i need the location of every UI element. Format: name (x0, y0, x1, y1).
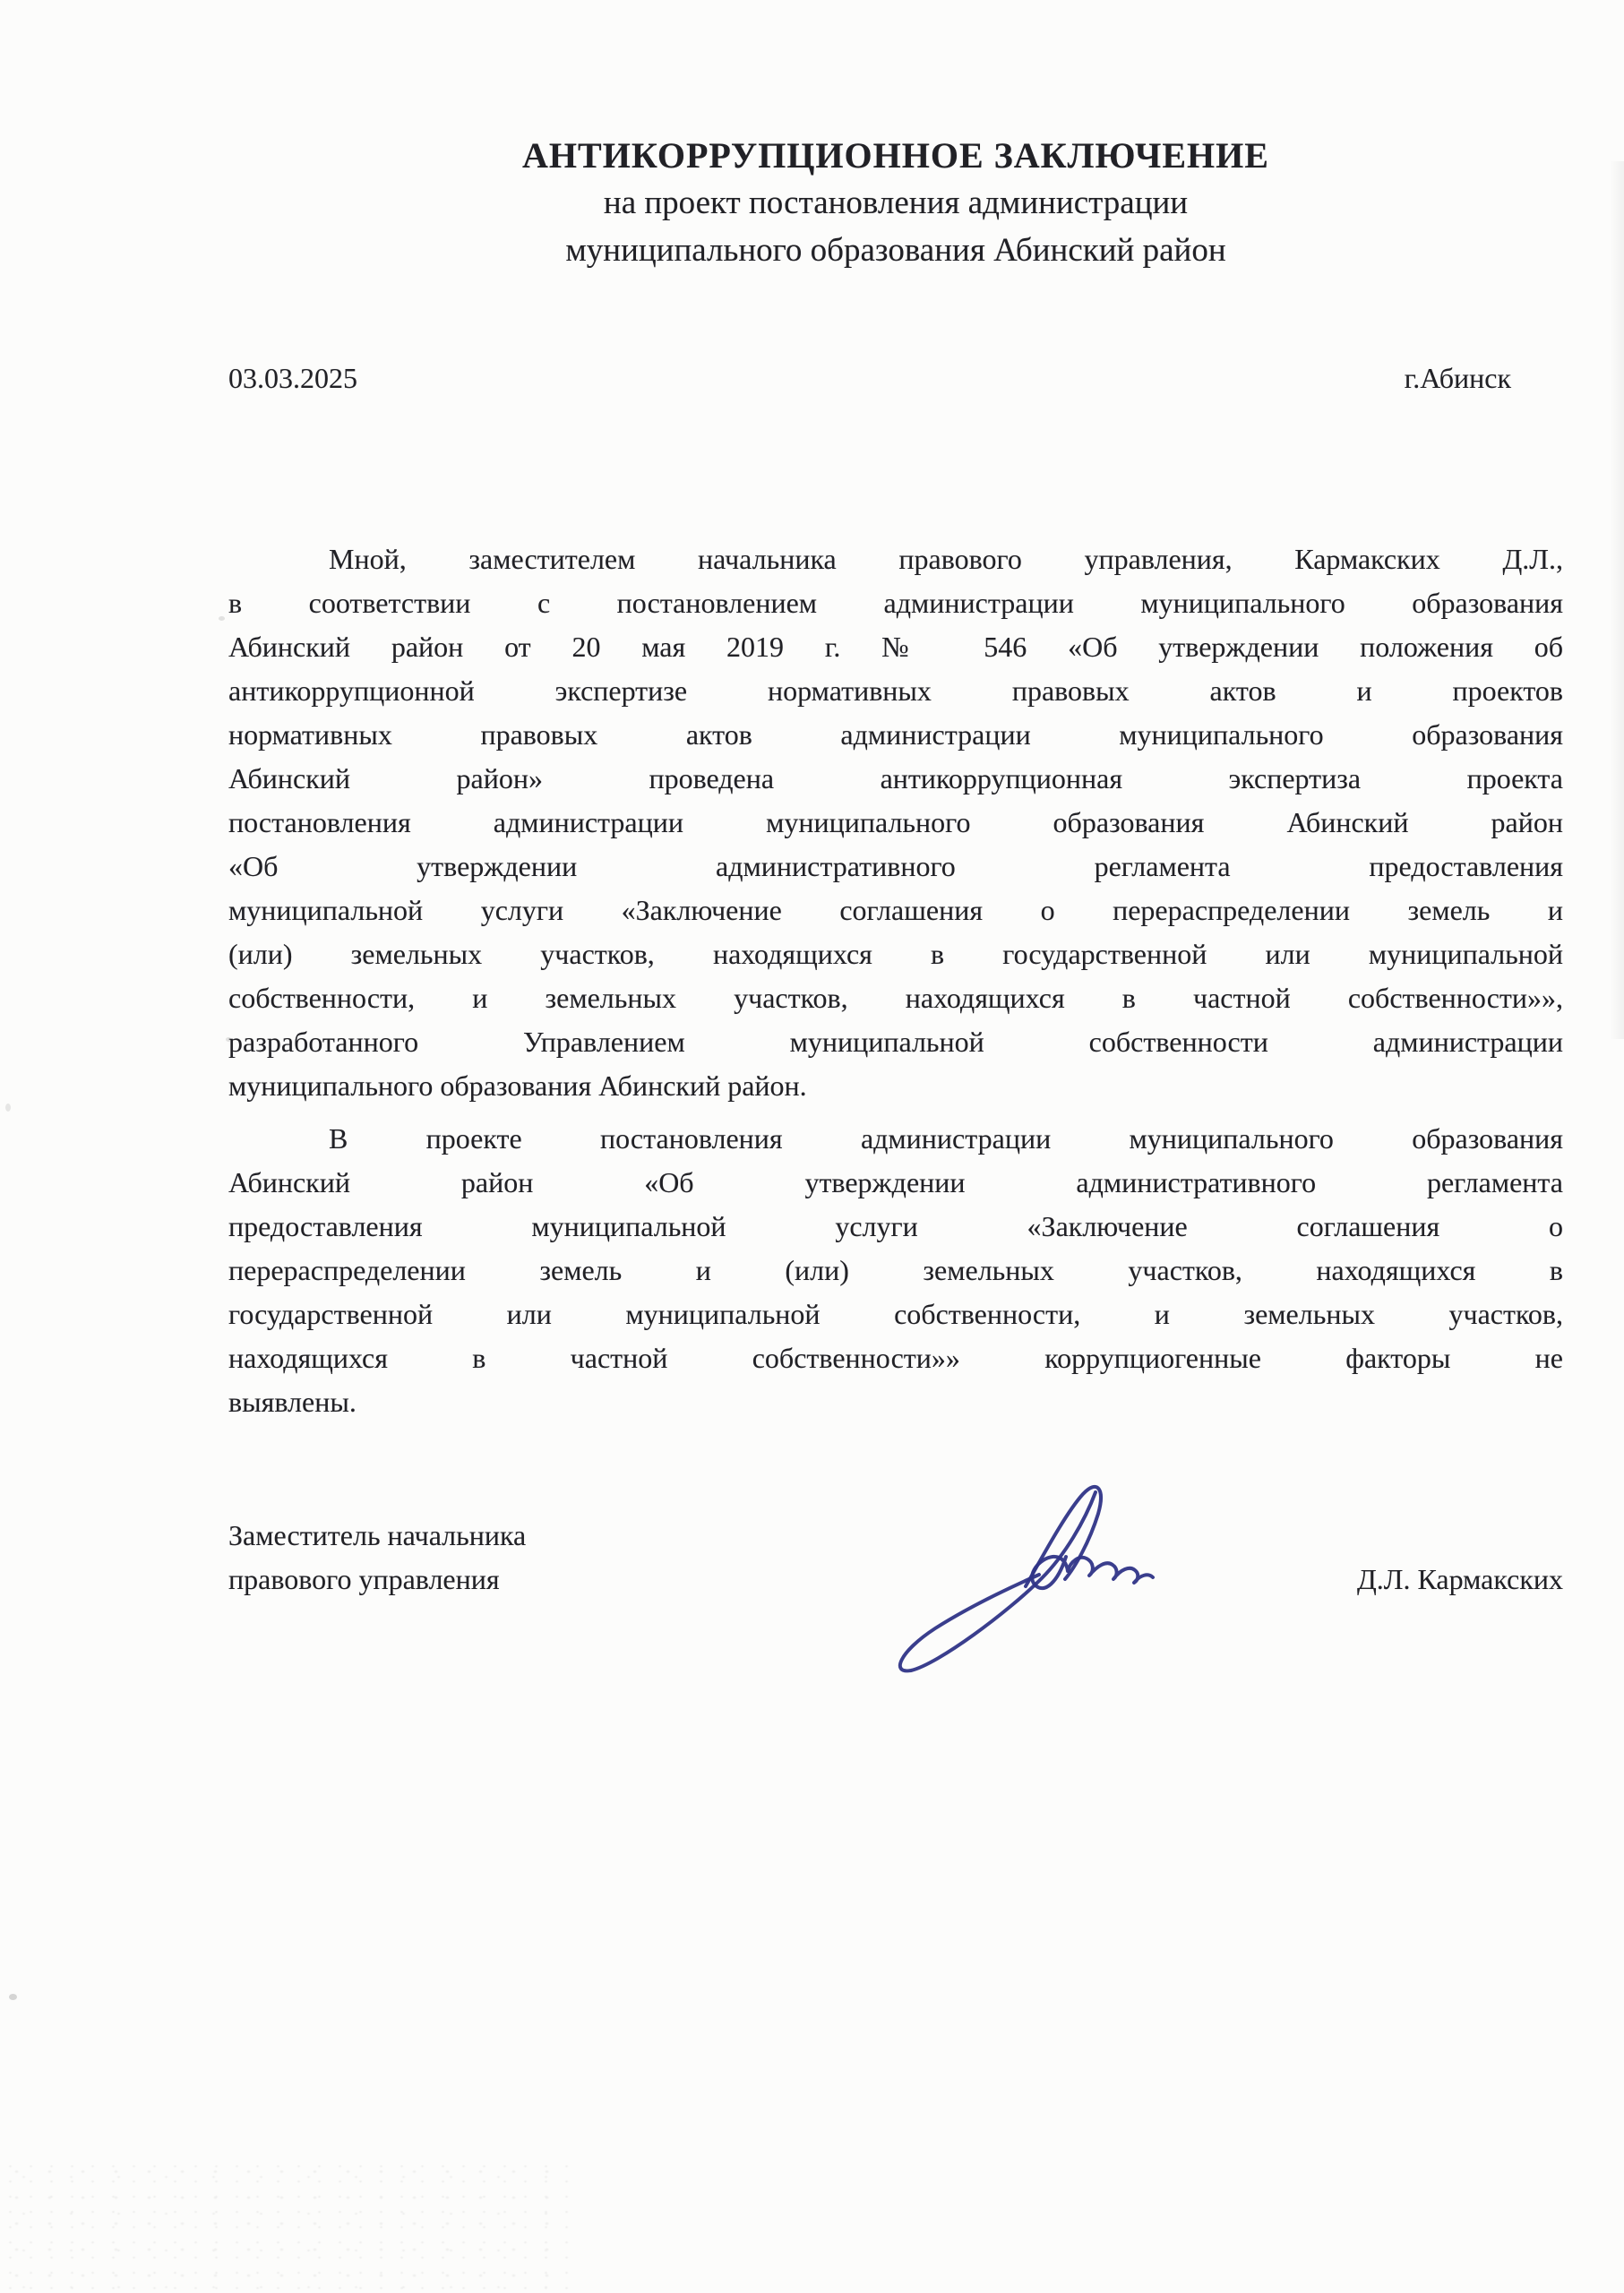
place-text: г.Абинск (1405, 356, 1563, 400)
paragraph-2: В проекте постановления администрации му… (228, 1117, 1563, 1424)
document-heading: АНТИКОРРУПЦИОННОЕ ЗАКЛЮЧЕНИЕ на проект п… (228, 132, 1563, 274)
text-line: перераспределении земель и (или) земельн… (228, 1249, 1563, 1292)
heading-subtitle-line2: муниципального образования Абинский райо… (228, 227, 1563, 274)
dateline: 03.03.2025 г.Абинск (228, 356, 1563, 400)
scan-speck (5, 1104, 11, 1112)
text-line: Абинский район» проведена антикоррупцион… (228, 757, 1563, 801)
heading-subtitle-line1: на проект постановления администрации (228, 179, 1563, 227)
text-line: Абинский район «Об утверждении администр… (228, 1161, 1563, 1205)
text-line: муниципального образования Абинский райо… (228, 1064, 1563, 1108)
text-line: находящихся в частной собственности»» ко… (228, 1336, 1563, 1380)
scan-noise-bottom-left (0, 2159, 573, 2293)
text-line: В проекте постановления администрации му… (228, 1117, 1563, 1161)
text-line: нормативных правовых актов администрации… (228, 713, 1563, 757)
text-line: Мной, заместителем начальника правового … (228, 537, 1563, 581)
text-line: в соответствии с постановлением админист… (228, 581, 1563, 625)
signer-position-line1: Заместитель начальника (228, 1514, 526, 1558)
text-line: предоставления муниципальной услуги «Зак… (228, 1205, 1563, 1249)
text-line: выявлены. (228, 1380, 1563, 1424)
text-line: «Об утверждении административного реглам… (228, 845, 1563, 889)
text-line: антикоррупционной экспертизе нормативных… (228, 669, 1563, 713)
signer-position-line2: правового управления (228, 1558, 526, 1602)
text-line: постановления администрации муниципально… (228, 801, 1563, 845)
signer-name: Д.Л. Кармакских (1357, 1558, 1563, 1602)
heading-title: АНТИКОРРУПЦИОННОЕ ЗАКЛЮЧЕНИЕ (228, 132, 1563, 179)
text-line: муниципальной услуги «Заключение соглаше… (228, 889, 1563, 932)
text-line: Абинский район от 20 мая 2019 г. № 546 «… (228, 625, 1563, 669)
scan-shadow-right-edge (1610, 161, 1624, 1039)
scan-speck (219, 616, 225, 621)
document-body: Мной, заместителем начальника правового … (228, 537, 1563, 1424)
signer-position: Заместитель начальника правового управле… (228, 1514, 526, 1602)
paragraph-1: Мной, заместителем начальника правового … (228, 537, 1563, 1108)
scan-speck (226, 1037, 231, 1042)
scan-speck (9, 1994, 17, 2000)
text-line: разработанного Управлением муниципальной… (228, 1020, 1563, 1064)
text-line: собственности, и земельных участков, нах… (228, 976, 1563, 1020)
signature-ink (882, 1478, 1160, 1684)
document-page: АНТИКОРРУПЦИОННОЕ ЗАКЛЮЧЕНИЕ на проект п… (0, 0, 1624, 2293)
text-line: (или) земельных участков, находящихся в … (228, 932, 1563, 976)
text-line: государственной или муниципальной собств… (228, 1292, 1563, 1336)
date-text: 03.03.2025 (228, 356, 357, 400)
